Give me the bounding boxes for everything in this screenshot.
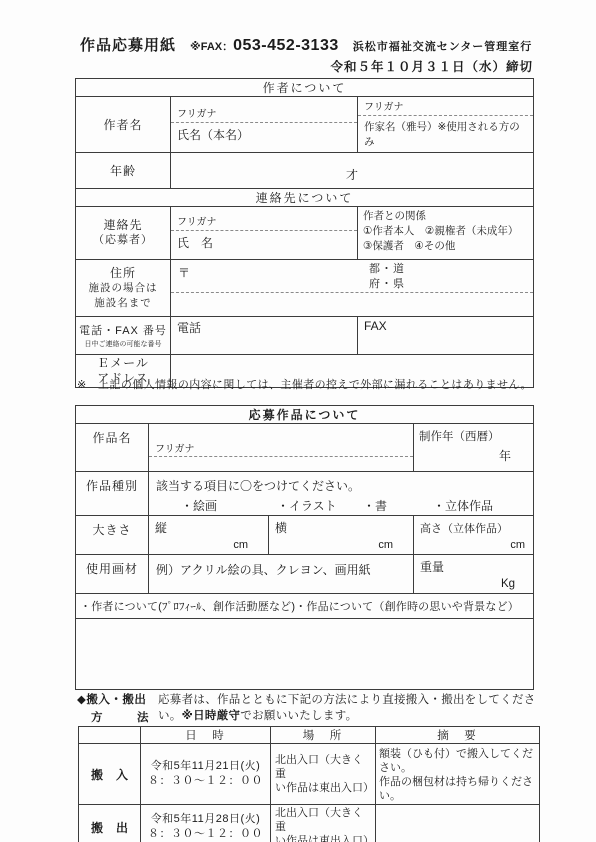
address-label: 住所 施設の場合は 施設名まで bbox=[76, 260, 171, 317]
carry-out-note bbox=[376, 805, 540, 842]
carry-out-label: 搬 出 bbox=[79, 805, 141, 842]
carry-heading-line2: 方 法 bbox=[77, 707, 157, 725]
about-blank-area bbox=[76, 619, 534, 690]
size-height-label: 高さ（立体作品） bbox=[414, 517, 533, 539]
recipient-line: 浜松市福祉交流センター管理室行 bbox=[353, 38, 533, 54]
real-name-cell: フリガナ 氏名（本名） bbox=[171, 97, 358, 153]
carry-description-line1: 応募者は、作品とともに下記の方法により直接搬入・搬出をしてくださ bbox=[158, 692, 546, 708]
pen-name-cell: フリガナ 作家名（雅号）※使用される方のみ bbox=[358, 97, 534, 153]
phone-fax-label: 電話・FAX 番号 日中ご連絡の可能な番号 bbox=[76, 317, 171, 355]
col-header-place: 場 所 bbox=[271, 727, 376, 744]
table-row-carry-out: 搬 出 令和5年11月28日(火) ８：３０～１２：００ 北出入口（大きく重 い… bbox=[79, 805, 540, 842]
carry-description-line2: い。※日時厳守でお願いいたします。 bbox=[158, 708, 546, 724]
section-header-author: 作者について bbox=[76, 79, 534, 97]
col-header-note: 摘 要 bbox=[376, 727, 540, 744]
furigana-label-realname: フリガナ bbox=[171, 104, 357, 123]
size-horizontal-cell: 横 cm bbox=[269, 516, 414, 555]
material-example-cell: 例）アクリル絵の具、クレヨン、画用紙 bbox=[149, 555, 414, 594]
schedule-corner-cell bbox=[79, 727, 141, 744]
carry-in-datetime: 令和5年11月21日(火) ８：３０～１２：００ bbox=[141, 744, 271, 805]
carry-in-label: 搬 入 bbox=[79, 744, 141, 805]
relation-title: 作者との関係 bbox=[363, 209, 528, 224]
age-label: 年齢 bbox=[76, 153, 171, 189]
size-height-cell: 高さ（立体作品） cm bbox=[414, 516, 534, 555]
size-vertical-label: 縦 bbox=[149, 516, 268, 539]
weight-cell: 重量 Kg bbox=[414, 555, 534, 594]
section-header-contact: 連絡先について bbox=[76, 189, 534, 207]
about-prompt: ・作者について(ﾌﾟﾛﾌｨｰﾙ、創作活動歴など)・作品について（創作時の思いや背… bbox=[76, 594, 534, 619]
contact-name-field-label: 氏 名 bbox=[171, 231, 357, 254]
size-height-unit: cm bbox=[414, 539, 533, 554]
size-horizontal-unit: cm bbox=[269, 539, 413, 554]
fax-field-cell: FAX bbox=[358, 317, 534, 355]
col-header-datetime: 日 時 bbox=[141, 727, 271, 744]
size-horizontal-label: 横 bbox=[269, 516, 413, 539]
page-title: 作品応募用紙 bbox=[80, 34, 176, 55]
carry-in-note: 額装（ひも付）で搬入してください。 作品の梱包材は持ち帰りください。 bbox=[376, 744, 540, 805]
relation-options-2: ③保護者 ④その他 bbox=[363, 239, 528, 254]
address-field-cell: 〒 都・道 府・県 bbox=[171, 260, 534, 317]
punctuality-emphasis: ※日時厳守 bbox=[182, 710, 241, 722]
section-header-work: 応募作品について bbox=[76, 406, 534, 424]
type-option-sculpture: ・立体作品 bbox=[433, 497, 493, 514]
author-contact-table: 作者について 作者名 フリガナ 氏名（本名） フリガナ 作家名（雅号）※使用され… bbox=[75, 78, 534, 388]
type-options: ・絵画 ・イラスト ・書 ・立体作品 bbox=[149, 497, 533, 515]
author-name-label: 作者名 bbox=[76, 97, 171, 153]
relation-options-1: ①作者本人 ②親権者（未成年） bbox=[363, 224, 528, 239]
contact-label: 連絡先 （応募者） bbox=[76, 207, 171, 260]
work-table: 応募作品について 作品名 フリガナ 制作年（西暦） 年 作品種別 該当する bbox=[75, 405, 534, 690]
application-form-page: 作品応募用紙 ※FAX：053-452-3133 浜松市福祉交流センター管理室行… bbox=[0, 0, 596, 842]
weight-label: 重量 bbox=[414, 555, 533, 578]
furigana-label-work: フリガナ bbox=[149, 439, 413, 457]
fax-label: ※FAX： bbox=[190, 41, 233, 53]
year-label: 制作年（西暦） bbox=[414, 425, 533, 447]
prefecture-options: 都・道 府・県 bbox=[369, 262, 405, 292]
type-instruction: 該当する項目に〇をつけてください。 bbox=[149, 472, 533, 494]
pen-name-field-label: 作家名（雅号）※使用される方のみ bbox=[358, 116, 533, 152]
deadline-line: 令和５年１０月３１日（水）締切 bbox=[330, 57, 533, 75]
address-blank-area bbox=[171, 293, 533, 313]
size-label: 大きさ bbox=[76, 516, 149, 555]
schedule-table: 日 時 場 所 摘 要 搬 入 令和5年11月21日(火) ８：３０～１２：００… bbox=[78, 726, 540, 842]
form-header: 作品応募用紙 ※FAX：053-452-3133 浜松市福祉交流センター管理室行 bbox=[80, 34, 532, 55]
year-unit: 年 bbox=[414, 447, 533, 470]
year-cell: 制作年（西暦） 年 bbox=[414, 424, 534, 472]
furigana-label-penname: フリガナ bbox=[358, 97, 533, 116]
relation-cell: 作者との関係 ①作者本人 ②親権者（未成年） ③保護者 ④その他 bbox=[358, 207, 534, 260]
size-vertical-unit: cm bbox=[149, 539, 268, 554]
phone-note: 日中ご連絡の可能な番号 bbox=[76, 339, 170, 349]
table-row-carry-in: 搬 入 令和5年11月21日(火) ８：３０～１２：００ 北出入口（大きく重 い… bbox=[79, 744, 540, 805]
carry-heading: ◆搬入・搬出 方 法 bbox=[77, 691, 157, 725]
real-name-field-label: 氏名（本名） bbox=[171, 123, 357, 146]
type-option-painting: ・絵画 bbox=[181, 497, 217, 514]
fax-number-line: ※FAX：053-452-3133 bbox=[190, 37, 339, 55]
work-type-cell: 該当する項目に〇をつけてください。 ・絵画 ・イラスト ・書 ・立体作品 bbox=[149, 472, 534, 516]
age-field: 才 bbox=[171, 153, 534, 189]
work-title-cell: フリガナ bbox=[149, 424, 414, 472]
work-title-label: 作品名 bbox=[76, 424, 149, 472]
carry-heading-line1: ◆搬入・搬出 bbox=[77, 691, 157, 707]
weight-unit: Kg bbox=[414, 578, 533, 593]
contact-name-cell: フリガナ 氏 名 bbox=[171, 207, 358, 260]
work-type-label: 作品種別 bbox=[76, 472, 149, 516]
size-vertical-cell: 縦 cm bbox=[149, 516, 269, 555]
carry-out-place: 北出入口（大きく重 い作品は東出入口） bbox=[271, 805, 376, 842]
carry-in-place: 北出入口（大きく重 い作品は東出入口） bbox=[271, 744, 376, 805]
furigana-label-contact: フリガナ bbox=[171, 212, 357, 231]
material-label: 使用画材 bbox=[76, 555, 149, 594]
carry-out-datetime: 令和5年11月28日(火) ８：３０～１２：００ bbox=[141, 805, 271, 842]
type-option-illustration: ・イラスト bbox=[277, 497, 337, 514]
type-option-calligraphy: ・書 bbox=[363, 497, 387, 514]
carry-description: 応募者は、作品とともに下記の方法により直接搬入・搬出をしてくださ い。※日時厳守… bbox=[158, 692, 546, 724]
postal-mark: 〒 bbox=[178, 264, 190, 281]
fax-number: 053-452-3133 bbox=[233, 37, 339, 54]
phone-field-cell: 電話 bbox=[171, 317, 358, 355]
privacy-note: ※ 上記の個人情報の内容に関しては、主催者の控えで外部に漏れることはありません。 bbox=[77, 376, 532, 392]
